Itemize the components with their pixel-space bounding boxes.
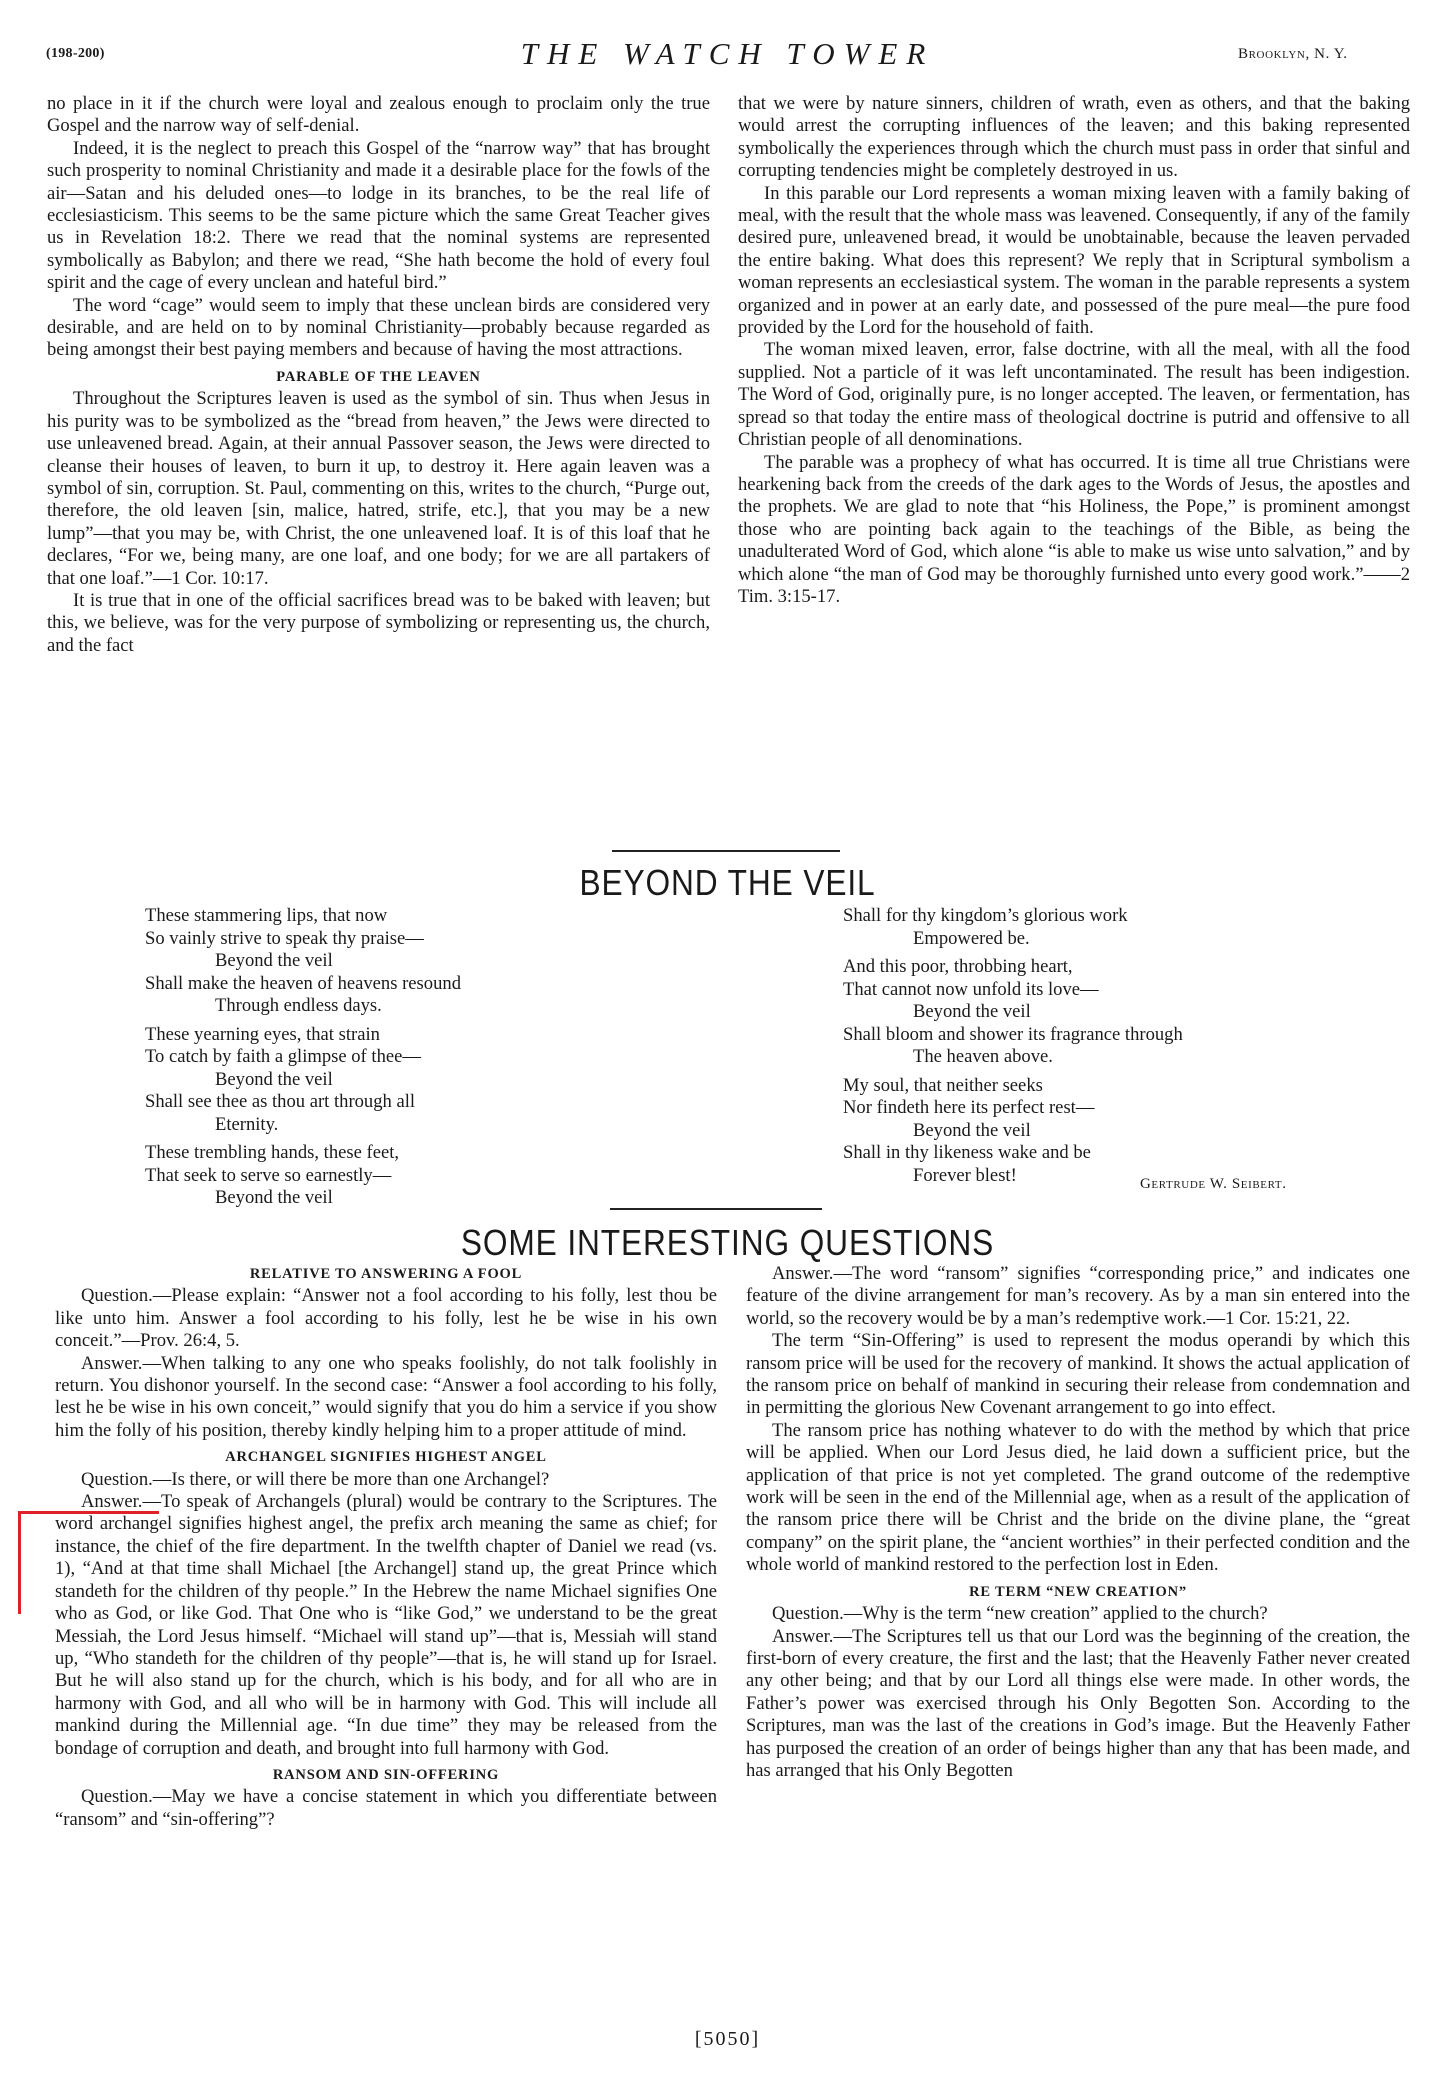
poem-line: That cannot now unfold its love—: [843, 979, 1403, 1002]
poem-line: Empowered be.: [843, 928, 1403, 951]
separator-rule: [610, 1208, 822, 1210]
poem-line: Shall make the heaven of heavens resound: [145, 973, 665, 996]
poem-line: Forever blest!: [843, 1165, 1403, 1188]
section-heading: RELATIVE TO ANSWERING A FOOL: [55, 1263, 717, 1285]
poem-line: My soul, that neither seeks: [843, 1075, 1403, 1098]
section-heading: ARCHANGEL SIGNIFIES HIGHEST ANGEL: [55, 1446, 717, 1468]
paragraph: Answer.—To speak of Archangels (plural) …: [55, 1491, 717, 1760]
poem-line: Beyond the veil: [145, 1187, 665, 1210]
questions-left-column: RELATIVE TO ANSWERING A FOOLQuestion.—Pl…: [55, 1263, 717, 1831]
paragraph: The term “Sin-Offering” is used to repre…: [746, 1330, 1410, 1420]
paragraph: Question.—Is there, or will there be mor…: [55, 1469, 717, 1491]
poem-line: Beyond the veil: [843, 1001, 1403, 1024]
paragraph: Answer.—The word “ransom” signifies “cor…: [746, 1263, 1410, 1330]
poem-line: Beyond the veil: [145, 950, 665, 973]
top-left-column: no place in it if the church were loyal …: [47, 93, 710, 657]
section-heading: RE TERM “NEW CREATION”: [746, 1581, 1410, 1603]
paragraph: The woman mixed leaven, error, false doc…: [738, 339, 1410, 451]
poem-line: That seek to serve so earnestly—: [145, 1165, 665, 1188]
poem-stanza: And this poor, throbbing heart,That cann…: [843, 956, 1403, 1069]
paragraph: Question.—Why is the term “new creation”…: [746, 1603, 1410, 1625]
poem-line: The heaven above.: [843, 1046, 1403, 1069]
poem-line: Shall see thee as thou art through all: [145, 1091, 665, 1114]
poem-right-column: Shall for thy kingdom’s glorious workEmp…: [843, 905, 1403, 1193]
paragraph: that we were by nature sinners, children…: [738, 93, 1410, 183]
paragraph: Throughout the Scriptures leaven is used…: [47, 388, 710, 590]
poem-stanza: These trembling hands, these feet,That s…: [145, 1142, 665, 1210]
poem-line: These yearning eyes, that strain: [145, 1024, 665, 1047]
poem-line: And this poor, throbbing heart,: [843, 956, 1403, 979]
poem-line: Nor findeth here its perfect rest—: [843, 1097, 1403, 1120]
paragraph: The ransom price has nothing whatever to…: [746, 1420, 1410, 1577]
section-heading: RANSOM AND SIN-OFFERING: [55, 1764, 717, 1786]
poem-line: Shall for thy kingdom’s glorious work: [843, 905, 1403, 928]
paragraph: Question.—Please explain: “Answer not a …: [55, 1285, 717, 1352]
annotation-bracket-horizontal: [18, 1511, 159, 1514]
poem-line: Beyond the veil: [145, 1069, 665, 1092]
publication-title: THE WATCH TOWER: [0, 36, 1455, 72]
poem-line: Through endless days.: [145, 995, 665, 1018]
paragraph: It is true that in one of the official s…: [47, 590, 710, 657]
poem-title: BEYOND THE VEIL: [87, 862, 1367, 904]
poem-stanza: My soul, that neither seeksNor findeth h…: [843, 1075, 1403, 1188]
paragraph: The word “cage” would seem to imply that…: [47, 295, 710, 362]
poem-line: These trembling hands, these feet,: [145, 1142, 665, 1165]
poem-author: Gertrude W. Seibert.: [1140, 1176, 1287, 1193]
poem-line: These stammering lips, that now: [145, 905, 665, 928]
poem-line: To catch by faith a glimpse of thee—: [145, 1046, 665, 1069]
paragraph: Answer.—When talking to any one who spea…: [55, 1353, 717, 1443]
poem-line: So vainly strive to speak thy praise—: [145, 928, 665, 951]
poem-stanza: These stammering lips, that nowSo vainly…: [145, 905, 665, 1018]
annotation-bracket-vertical: [18, 1511, 21, 1614]
paragraph: Answer.—The Scriptures tell us that our …: [746, 1626, 1410, 1783]
paragraph: Question.—May we have a concise statemen…: [55, 1786, 717, 1831]
poem-stanza: These yearning eyes, that strainTo catch…: [145, 1024, 665, 1137]
poem-line: Eternity.: [145, 1114, 665, 1137]
top-right-column: that we were by nature sinners, children…: [738, 93, 1410, 608]
separator-rule: [612, 850, 840, 852]
section-title: SOME INTERESTING QUESTIONS: [87, 1222, 1367, 1264]
questions-right-column: Answer.—The word “ransom” signifies “cor…: [746, 1263, 1410, 1782]
paragraph: no place in it if the church were loyal …: [47, 93, 710, 138]
paragraph: The parable was a prophecy of what has o…: [738, 452, 1410, 609]
poem-line: Shall bloom and shower its fragrance thr…: [843, 1024, 1403, 1047]
poem-left-column: These stammering lips, that nowSo vainly…: [145, 905, 665, 1216]
poem-line: Beyond the veil: [843, 1120, 1403, 1143]
poem-line: Shall in thy likeness wake and be: [843, 1142, 1403, 1165]
poem-stanza: Shall for thy kingdom’s glorious workEmp…: [843, 905, 1403, 950]
paragraph: In this parable our Lord represents a wo…: [738, 183, 1410, 340]
page-number: [5050]: [0, 2028, 1455, 2051]
section-heading: PARABLE OF THE LEAVEN: [47, 366, 710, 388]
paragraph: Indeed, it is the neglect to preach this…: [47, 138, 710, 295]
publication-location: Brooklyn, N. Y.: [1238, 46, 1348, 63]
